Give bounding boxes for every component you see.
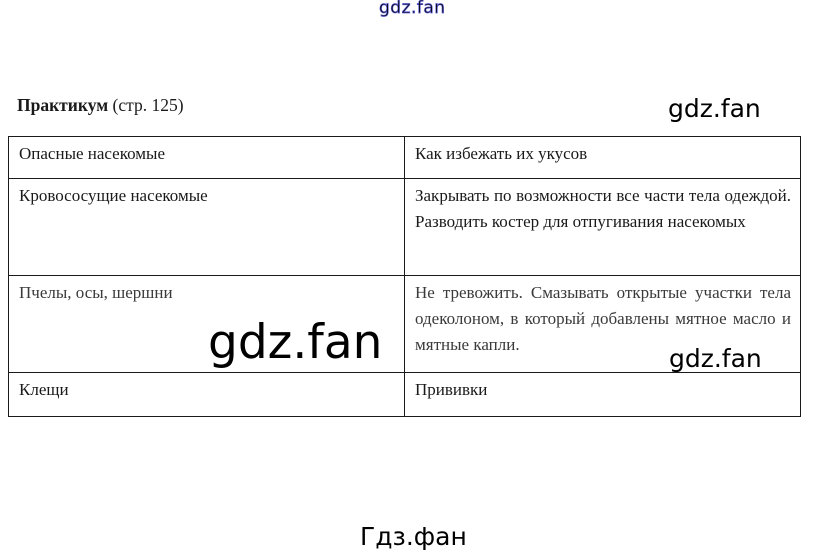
cell-prevention: Прививки — [405, 373, 801, 417]
watermark-right-mid: gdz.fan — [669, 346, 762, 371]
table-header-row: Опасные насекомые Как избежать их укусов — [9, 137, 801, 179]
heading-title: Практикум — [17, 95, 108, 115]
insects-table: Опасные насекомые Как избежать их укусов… — [8, 136, 801, 417]
table-row: Клещи Прививки — [9, 373, 801, 417]
watermark-bottom: Гдз.фан — [360, 524, 467, 549]
watermark-center-big: gdz.fan — [208, 319, 382, 366]
page-heading: Практикум (стр. 125) — [17, 95, 184, 116]
cell-insects: Клещи — [9, 373, 405, 417]
column-header-insects: Опасные насекомые — [9, 137, 405, 179]
table-row: Кровососущие насекомые Закрывать по возм… — [9, 179, 801, 276]
watermark-top: gdz.fan — [379, 0, 446, 17]
cell-prevention: Закрывать по возможности все части тела … — [405, 179, 801, 276]
cell-insects: Кровососущие насекомые — [9, 179, 405, 276]
column-header-prevention: Как избежать их укусов — [405, 137, 801, 179]
heading-page-ref: (стр. 125) — [113, 95, 184, 115]
watermark-right-top: gdz.fan — [668, 96, 761, 121]
